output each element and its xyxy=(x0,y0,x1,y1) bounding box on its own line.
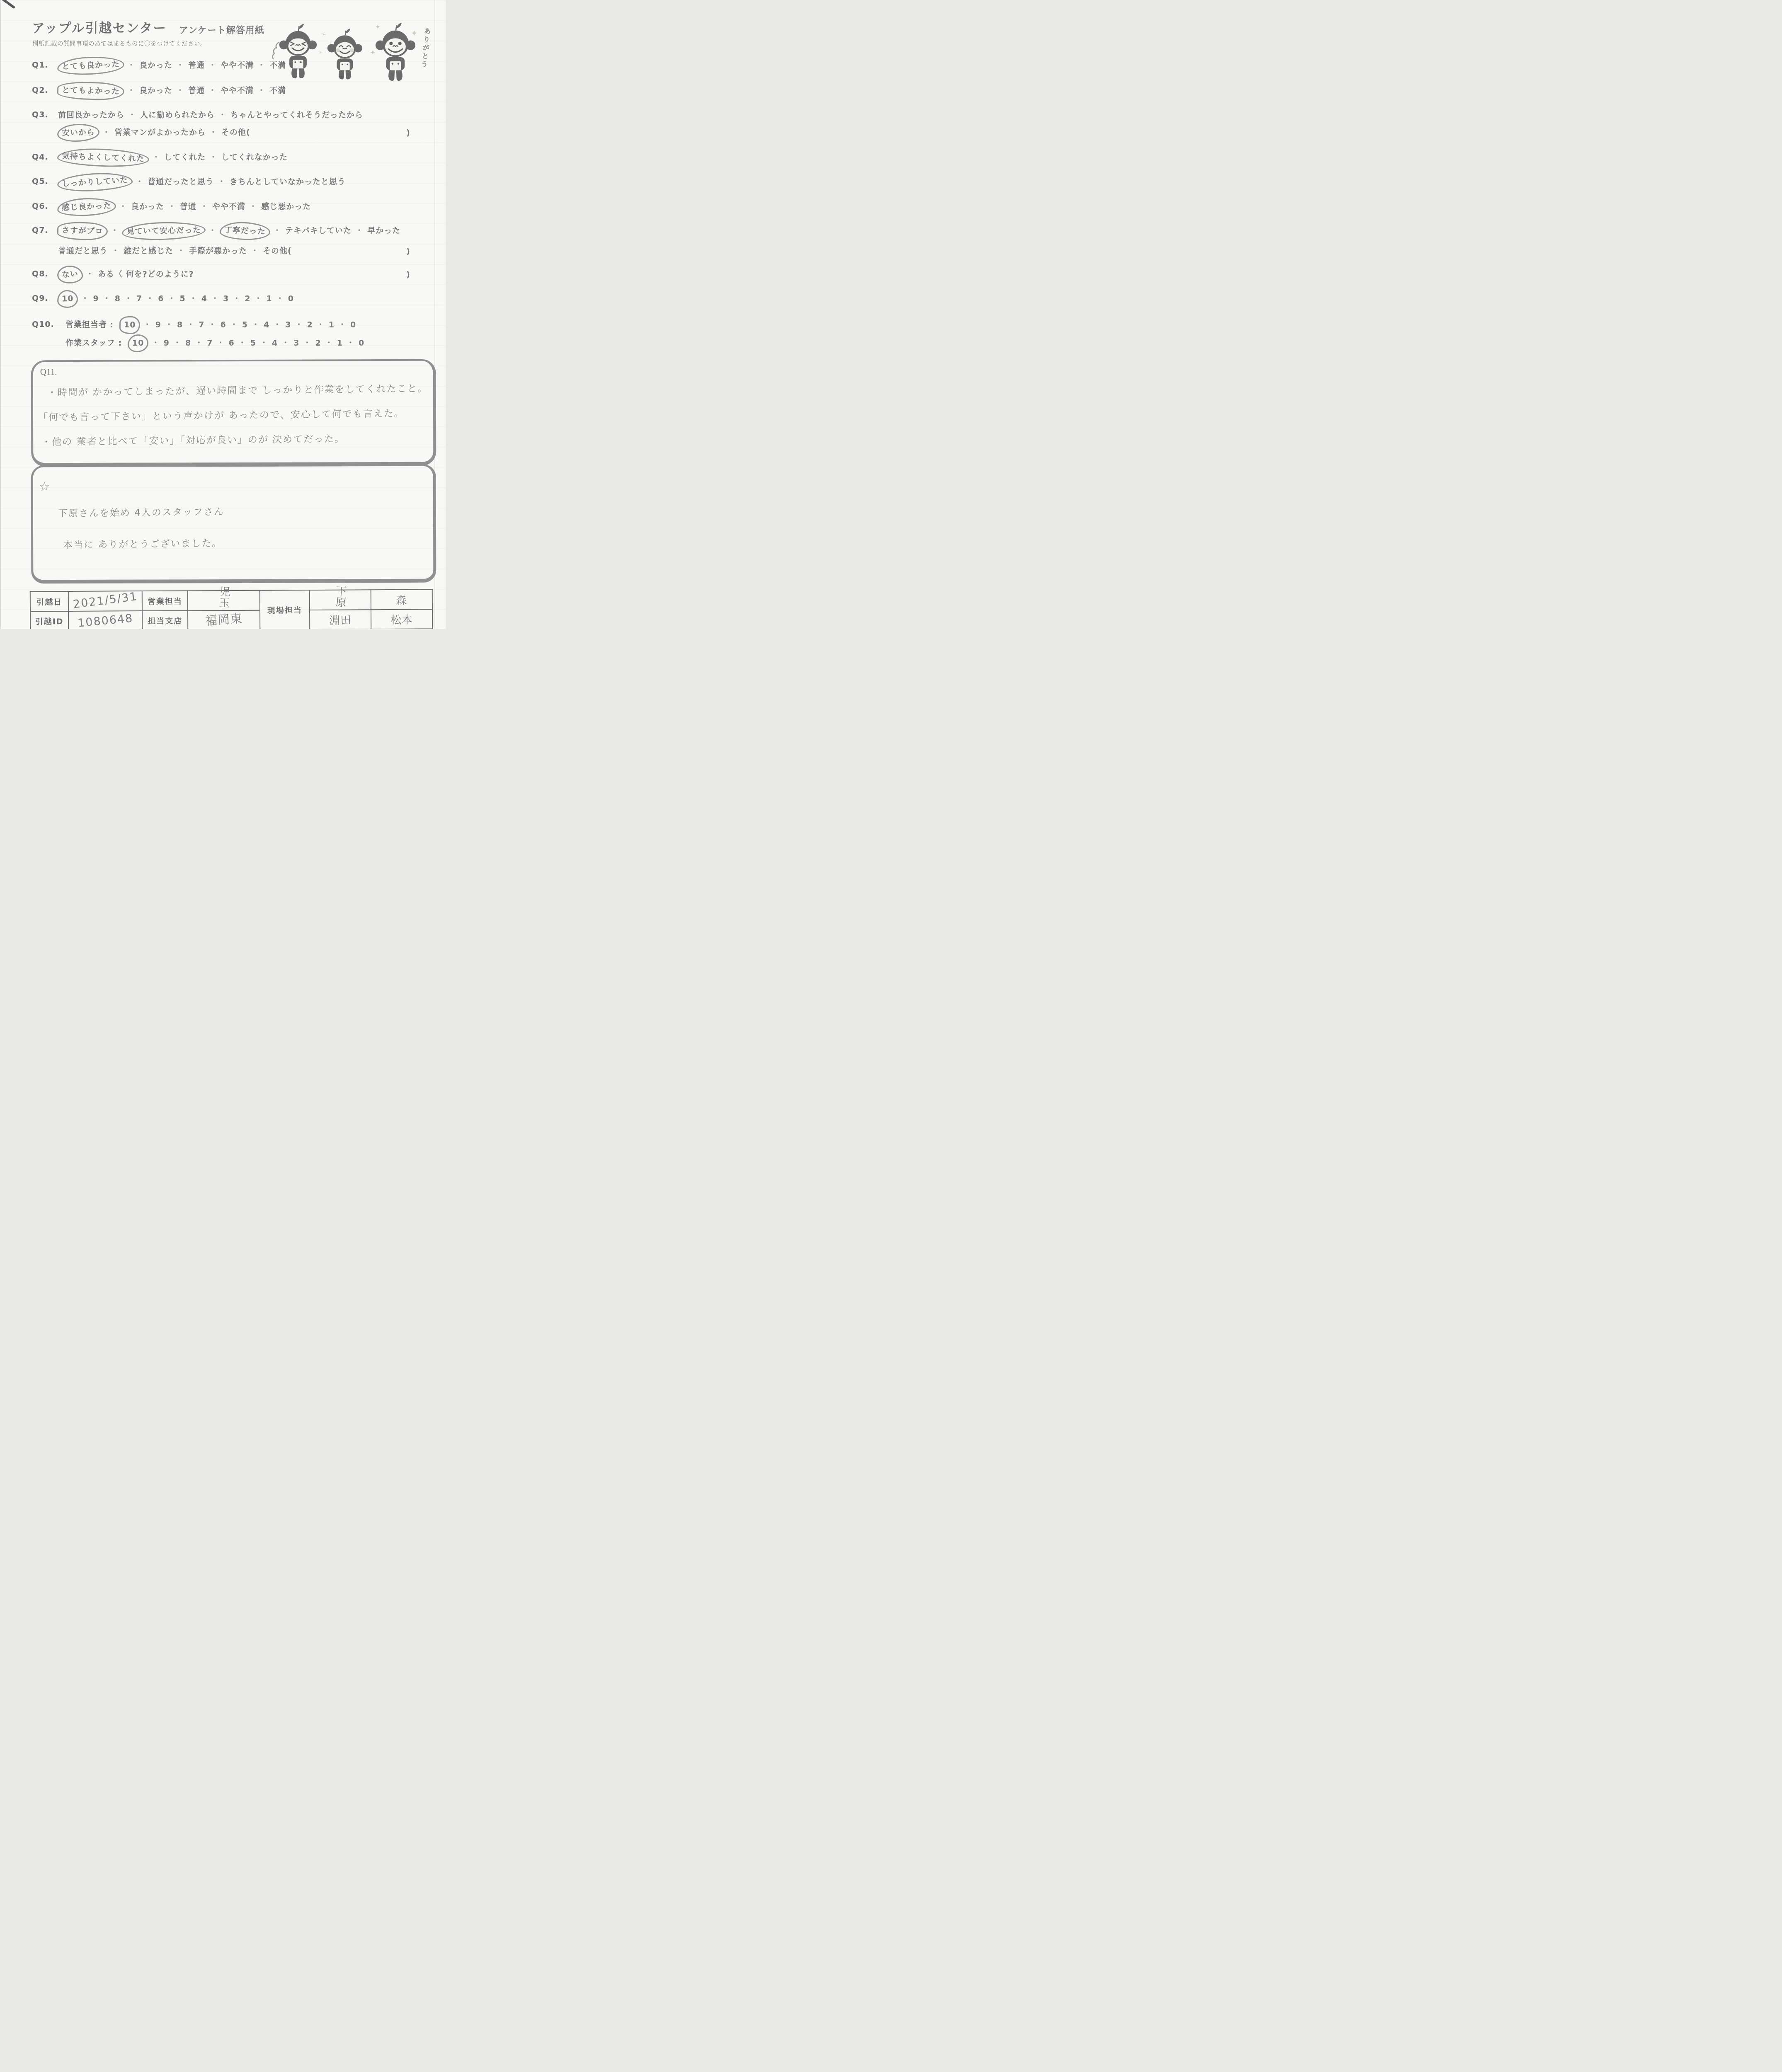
answer-option: きちんとしていなかったと思う xyxy=(230,177,346,186)
option-separator: ・ xyxy=(173,339,182,348)
option-separator: ・ xyxy=(257,86,266,95)
option-separator: ・ xyxy=(187,320,195,329)
answer-option-circled: ない xyxy=(57,265,84,284)
option-row: 作業スタッフ :10・9・8・7・6・5・4・3・2・1・0 xyxy=(65,338,417,349)
star-icon: ☆ xyxy=(39,479,50,494)
survey-sheet: アップル引越センター アンケート解答用紙 別紙記載の質問事項のあてはまるものに〇… xyxy=(0,0,446,629)
answer-option: 2 xyxy=(245,294,250,303)
option-separator: ・ xyxy=(128,111,136,120)
option-separator: ・ xyxy=(303,339,311,348)
answer-option-circled: とても良かった xyxy=(57,55,125,76)
answer-option: 手際が悪かった xyxy=(189,247,247,256)
option-separator: ・ xyxy=(195,339,203,348)
sparkle-plus-icon: ＋ xyxy=(319,29,328,39)
option-separator: ・ xyxy=(103,294,111,303)
answer-option-circled: 10 xyxy=(128,334,149,353)
option-separator: ・ xyxy=(168,202,176,211)
answer-option-circled: 感じ良かった xyxy=(57,197,116,217)
brand-title: アップル引越センター xyxy=(32,17,167,36)
answer-option: 8 xyxy=(185,339,191,348)
question-row: Q2.とてもよかった・良かった・普通・やや不満・不満 xyxy=(0,86,446,96)
handwritten-comment: ・時間が かかってしまったが、遅い時間まで しっかりと作業をしてくれたこと。 xyxy=(47,381,428,399)
answer-option: 良かった xyxy=(131,202,164,211)
page-title: アンケート解答用紙 xyxy=(179,23,264,36)
option-row: とてもよかった・良かった・普通・やや不満・不満 xyxy=(58,86,417,96)
question-label: Q10. xyxy=(32,320,54,329)
answer-option: その他( xyxy=(221,128,250,137)
sales-rep-label: 営業担当 xyxy=(142,591,188,611)
option-separator: ・ xyxy=(233,294,241,303)
question-label: Q3. xyxy=(32,110,48,119)
option-separator: ・ xyxy=(347,339,355,348)
answer-option: 6 xyxy=(158,294,164,303)
moving-id-value: 1080648 xyxy=(77,612,134,629)
option-separator: ・ xyxy=(81,294,89,303)
answer-option: 前回良かったから xyxy=(58,111,124,120)
answer-option: 9 xyxy=(93,294,99,303)
answer-option: 5 xyxy=(242,320,248,329)
comment-box-q11: Q11. ・時間が かかってしまったが、遅い時間まで しっかりと作業をしてくれた… xyxy=(31,359,436,467)
option-row: 前回良かったから・人に勧められたから・ちゃんとやってくれそうだったから xyxy=(58,110,417,121)
table-row: 引越日 2021/5/31 営業担当 児玉 現場担当 下原 森 xyxy=(30,589,432,611)
option-row: 感じ良かった・良かった・普通・やや不満・感じ悪かった xyxy=(58,202,417,212)
answer-option: 1 xyxy=(329,320,335,329)
option-separator: ・ xyxy=(257,61,266,70)
answer-option: してくれた xyxy=(164,153,206,162)
option-separator: ・ xyxy=(273,320,281,329)
question-row: Q4.気持ちよくしてくれた・してくれた・してくれなかった xyxy=(0,152,446,163)
answer-option: 4 xyxy=(201,294,207,303)
answer-option: 9 xyxy=(164,339,170,348)
option-row: 安いから・営業マンがよかったから・その他( xyxy=(58,128,417,138)
option-separator: ・ xyxy=(209,153,218,162)
option-separator: ・ xyxy=(127,61,136,70)
option-separator: ・ xyxy=(176,86,184,95)
branch-value: 福岡東 xyxy=(205,609,243,629)
option-separator: ・ xyxy=(111,226,119,235)
answer-option-circled: さすがプロ xyxy=(57,221,108,240)
answer-option: 6 xyxy=(228,339,234,348)
option-separator: ・ xyxy=(208,320,216,329)
answer-option: 8 xyxy=(177,320,183,329)
site-crew-cell: 松本 xyxy=(371,609,432,629)
sales-rep-cell: 児玉 xyxy=(188,591,260,611)
option-row: さすがプロ・見ていて安心だった・丁寧だった・テキパキしていた・早かった xyxy=(58,226,417,236)
question-row: Q9.10・9・8・7・6・5・4・3・2・1・0 xyxy=(0,294,446,304)
option-separator: ・ xyxy=(146,294,154,303)
answer-option: 感じ悪かった xyxy=(261,202,311,211)
site-crew-name: 下原 xyxy=(335,585,347,608)
option-separator: ・ xyxy=(218,177,226,186)
answer-option: 1 xyxy=(266,294,272,303)
question-row: Q6.感じ良かった・良かった・普通・やや不満・感じ悪かった xyxy=(0,202,446,212)
option-separator: ・ xyxy=(317,320,325,329)
question-row: Q7.さすがプロ・見ていて安心だった・丁寧だった・テキパキしていた・早かった xyxy=(0,226,446,236)
answer-option: 0 xyxy=(288,294,294,303)
handwritten-comment: ・他の 業者と比べて「安い」「対応が良い」のが 決めてだった。 xyxy=(41,431,345,448)
answer-option-circled: とてもよかった xyxy=(57,81,124,101)
option-separator: ・ xyxy=(167,294,176,303)
answer-option: やや不満 xyxy=(221,61,254,70)
answer-option: 普通 xyxy=(188,61,205,70)
moving-date-label: 引越日 xyxy=(30,591,68,611)
monkey-mascot-waving-icon xyxy=(279,23,317,80)
option-separator: ・ xyxy=(189,294,198,303)
answer-option: 早かった xyxy=(367,226,400,235)
option-separator: ・ xyxy=(209,226,217,235)
option-separator: ・ xyxy=(230,320,238,329)
answer-option: 6 xyxy=(220,320,226,329)
question-row: Q3.前回良かったから・人に勧められたから・ちゃんとやってくれそうだったから xyxy=(0,110,446,121)
question-row: 安いから・営業マンがよかったから・その他() xyxy=(0,128,446,138)
site-crew-label: 現場担当 xyxy=(260,590,310,629)
option-row: 気持ちよくしてくれた・してくれた・してくれなかった xyxy=(58,152,417,163)
answer-option: 2 xyxy=(307,320,313,329)
sales-rep-value: 児玉 xyxy=(218,586,230,609)
answer-option: テキパキしていた xyxy=(285,226,352,235)
question-row: Q10.営業担当者 :10・9・8・7・6・5・4・3・2・1・0 xyxy=(0,320,446,330)
option-separator: ・ xyxy=(252,320,260,329)
site-crew-name: 森 xyxy=(396,592,407,608)
question-label: Q1. xyxy=(32,61,48,70)
answer-option: 普通だったと思う xyxy=(148,177,214,186)
moving-id-cell: 1080648 xyxy=(68,611,142,629)
answer-option: 4 xyxy=(264,320,269,329)
comment-box-star: ☆ 下原さんを始め 4人のスタッフさん本当に ありがとうございました。 xyxy=(31,465,436,584)
option-row: ない・ある（ 何を?どのように? xyxy=(58,269,417,280)
question-row: 作業スタッフ :10・9・8・7・6・5・4・3・2・1・0 xyxy=(0,338,446,349)
answer-option: 0 xyxy=(350,320,356,329)
question-label: Q9. xyxy=(32,294,48,303)
table-row: 引越ID 1080648 担当支店 福岡東 淵田 松本 xyxy=(30,609,432,629)
site-crew-name: 松本 xyxy=(390,612,413,627)
option-separator: ・ xyxy=(209,61,217,70)
motion-lines-icon xyxy=(272,41,281,61)
answer-option-circled: 安いから xyxy=(57,123,100,142)
question-label: Q4. xyxy=(32,152,48,162)
option-separator: ・ xyxy=(209,86,217,95)
answer-option: 7 xyxy=(136,294,142,303)
moving-date-value: 2021/5/31 xyxy=(72,590,138,611)
answer-option: 1 xyxy=(337,339,343,348)
option-separator: ・ xyxy=(249,202,257,211)
option-separator: ・ xyxy=(216,339,225,348)
option-separator: ・ xyxy=(254,294,262,303)
option-row: 10・9・8・7・6・5・4・3・2・1・0 xyxy=(58,294,417,304)
question-label: Q11. xyxy=(40,367,57,377)
option-separator: ・ xyxy=(152,153,160,162)
question-label: Q2. xyxy=(32,86,48,95)
close-paren: ) xyxy=(406,270,410,279)
answer-option: 普通だと思う xyxy=(58,247,108,256)
option-separator: ・ xyxy=(338,320,347,329)
question-row: Q5.しっかりしていた・普通だったと思う・きちんとしていなかったと思う xyxy=(0,177,446,187)
site-crew-cell: 淵田 xyxy=(310,610,371,629)
option-separator: ・ xyxy=(218,111,227,120)
site-crew-name: 淵田 xyxy=(329,612,352,628)
branch-cell: 福岡東 xyxy=(188,610,260,629)
close-paren: ) xyxy=(406,128,410,138)
answer-option: 良かった xyxy=(139,86,172,95)
question-row: Q8.ない・ある（ 何を?どのように?) xyxy=(0,269,446,280)
answer-option: ある（ 何を?どのように? xyxy=(98,270,194,279)
answer-option: 5 xyxy=(179,294,185,303)
question-label: Q5. xyxy=(32,177,48,186)
scan-corner-artifact xyxy=(0,0,15,9)
answer-option: 0 xyxy=(359,339,364,348)
answer-option: 普通 xyxy=(180,202,196,211)
answer-option: 8 xyxy=(115,294,121,303)
handwritten-comment: 「何でも言って下さい」という声かけが あったので、安心して何でも言えた。 xyxy=(38,406,405,424)
option-separator: ・ xyxy=(102,128,111,137)
footer-table: 引越日 2021/5/31 営業担当 児玉 現場担当 下原 森 引越ID 108… xyxy=(30,589,433,629)
answer-option: 雑だと感じた xyxy=(124,247,173,256)
site-crew-cell: 下原 xyxy=(310,590,371,610)
branch-label: 担当支店 xyxy=(142,611,188,629)
answer-option: 4 xyxy=(272,339,278,348)
option-separator: ・ xyxy=(127,86,136,95)
site-crew-cell: 森 xyxy=(371,589,432,610)
question-label: Q6. xyxy=(32,202,48,211)
option-separator: ・ xyxy=(86,270,94,279)
option-separator: ・ xyxy=(124,294,133,303)
question-label: Q7. xyxy=(32,226,48,235)
answer-option: 良かった xyxy=(139,61,172,70)
close-paren: ) xyxy=(406,247,410,256)
option-separator: ・ xyxy=(136,177,144,186)
handwritten-thanks: 本当に ありがとうございました。 xyxy=(63,535,223,551)
answer-option: ちゃんとやってくれそうだったから xyxy=(230,111,363,120)
answer-option: やや不満 xyxy=(221,86,254,95)
answer-option: 不満 xyxy=(269,61,286,70)
option-separator: ・ xyxy=(276,294,284,303)
answer-option: してくれなかった xyxy=(221,153,288,162)
answer-option-circled: 10 xyxy=(119,316,141,334)
question-row: Q1.とても良かった・良かった・普通・やや不満・不満 xyxy=(0,61,446,71)
option-separator: ・ xyxy=(200,202,209,211)
option-separator: ・ xyxy=(165,320,173,329)
sparkle-plus-icon: ＋ xyxy=(317,47,325,57)
option-separator: ・ xyxy=(260,339,268,348)
answer-option: 人に勧められたから xyxy=(140,111,215,120)
option-row: 普通だと思う・雑だと感じた・手際が悪かった・その他( xyxy=(58,246,417,257)
option-separator: ・ xyxy=(325,339,333,348)
answer-option-circled: 丁寧だった xyxy=(219,221,270,241)
option-separator: ・ xyxy=(281,339,290,348)
answer-option-circled: 気持ちよくしてくれた xyxy=(57,147,149,168)
option-row: 営業担当者 :10・9・8・7・6・5・4・3・2・1・0 xyxy=(65,320,417,330)
answer-option: 不満 xyxy=(269,86,286,95)
option-separator: ・ xyxy=(177,247,185,256)
option-separator: ・ xyxy=(355,226,364,235)
question-label: Q8. xyxy=(32,269,48,278)
option-row: しっかりしていた・普通だったと思う・きちんとしていなかったと思う xyxy=(58,177,417,187)
question-row: 普通だと思う・雑だと感じた・手際が悪かった・その他() xyxy=(0,246,446,257)
answer-option: 5 xyxy=(250,339,256,348)
question-sub-label: 営業担当者 : xyxy=(65,320,114,329)
option-separator: ・ xyxy=(143,320,152,329)
answer-option: 営業マンがよかったから xyxy=(114,128,206,137)
handwritten-thanks: 下原さんを始め 4人のスタッフさん xyxy=(58,504,225,520)
monkey-mascot-smiling-icon xyxy=(375,22,416,83)
option-separator: ・ xyxy=(152,339,160,348)
option-separator: ・ xyxy=(273,226,281,235)
answer-option-circled: 見ていて安心だった xyxy=(122,221,206,241)
moving-id-label: 引越ID xyxy=(30,611,68,629)
answer-option-circled: 10 xyxy=(57,290,78,308)
answer-option: 7 xyxy=(199,320,204,329)
answer-option: 7 xyxy=(207,339,213,348)
answer-option-circled: しっかりしていた xyxy=(57,171,133,193)
option-separator: ・ xyxy=(295,320,303,329)
answer-option: 2 xyxy=(315,339,321,348)
answer-option: 9 xyxy=(155,320,161,329)
option-row: とても良かった・良かった・普通・やや不満・不満 xyxy=(58,61,417,71)
option-separator: ・ xyxy=(211,294,219,303)
instruction-text: 別紙記載の質問事項のあてはまるものに〇をつけてください。 xyxy=(32,39,206,48)
question-sub-label: 作業スタッフ : xyxy=(65,339,122,348)
option-separator: ・ xyxy=(251,247,259,256)
monkey-mascot-bowing-icon xyxy=(327,28,363,81)
option-separator: ・ xyxy=(238,339,247,348)
answer-option: その他( xyxy=(263,247,292,256)
sparkle-icon: ✦ xyxy=(370,49,376,56)
answer-option: やや不満 xyxy=(212,202,245,211)
mascot-group: ＋ ＋ ＋ ✦ ✦ ✦ xyxy=(272,20,441,84)
answer-option: 3 xyxy=(293,339,299,348)
answer-option: 3 xyxy=(285,320,291,329)
option-separator: ・ xyxy=(209,128,218,137)
moving-date-cell: 2021/5/31 xyxy=(68,591,142,611)
option-separator: ・ xyxy=(176,61,184,70)
answer-option: 普通 xyxy=(188,86,205,95)
option-separator: ・ xyxy=(119,202,127,211)
answer-option: 3 xyxy=(223,294,229,303)
option-separator: ・ xyxy=(112,247,120,256)
